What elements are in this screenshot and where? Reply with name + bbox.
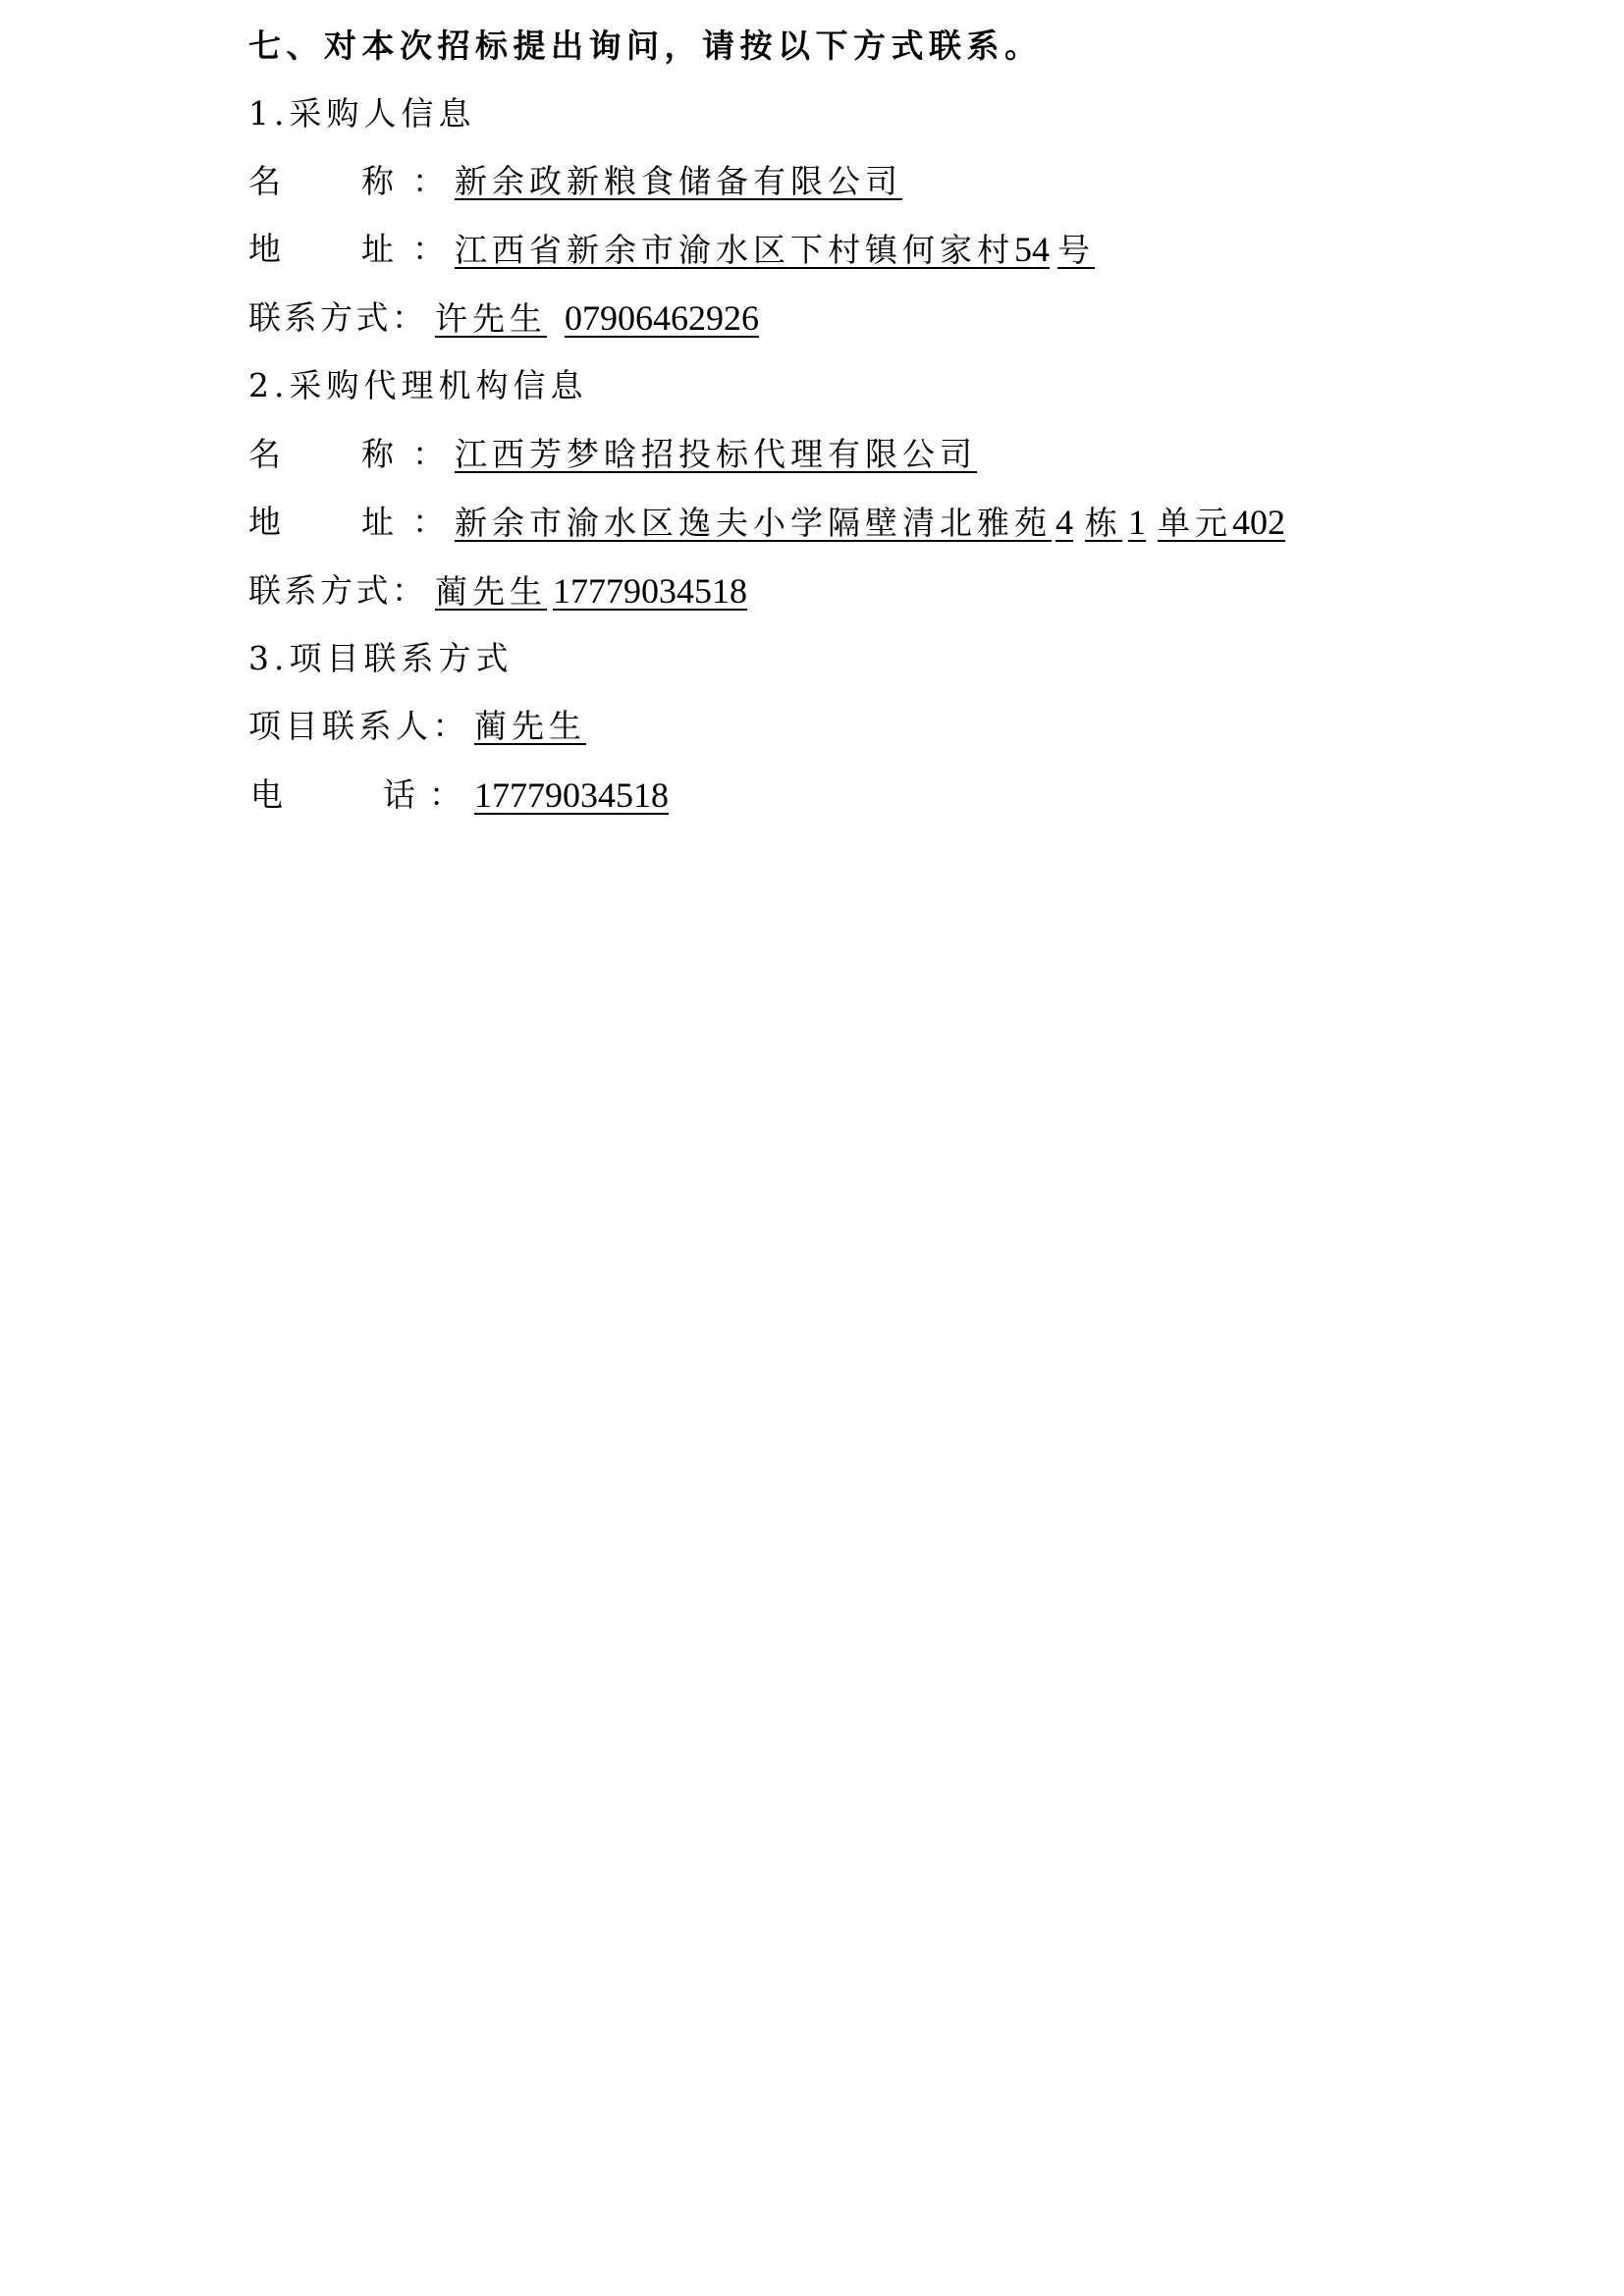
document-page: 七、对本次招标提出询问，请按以下方式联系。 1.采购人信息 名 称 ： 新余政新… — [0, 0, 1624, 2296]
name-label-char-2: 称 — [361, 430, 394, 479]
phone-label-char-1: 电 — [250, 771, 283, 820]
address-label-colon: ： — [412, 498, 445, 547]
purchaser-section-title: 1.采购人信息 — [248, 89, 476, 138]
contact-phone: 07906462926 — [565, 298, 759, 338]
phone-label-colon: ： — [429, 771, 461, 820]
project-person-label: 项目联系人： — [248, 702, 469, 751]
address-label-colon: ： — [412, 225, 445, 274]
agency-name-row: 名 称 ： 江西芳梦晗招投标代理有限公司 — [0, 430, 1624, 479]
section-heading-row: 七、对本次招标提出询问，请按以下方式联系。 — [0, 22, 1624, 71]
agency-section-title: 2.采购代理机构信息 — [248, 361, 588, 410]
purchaser-name-row: 名 称 ： 新余政新粮食储备有限公司 — [0, 157, 1624, 206]
section-heading: 七、对本次招标提出询问，请按以下方式联系。 — [248, 22, 1043, 71]
purchaser-contact-row: 联系方式： 许先生07906462926 — [0, 294, 1624, 343]
address-unit-label: 单元 — [1158, 504, 1232, 542]
address-room-number: 402 — [1232, 503, 1285, 542]
contact-phone: 17779034518 — [553, 571, 747, 611]
project-phone-value: 17779034518 — [474, 771, 669, 820]
name-label-colon: ： — [412, 157, 445, 206]
address-label-char-2: 址 — [361, 498, 394, 547]
agency-name-value: 江西芳梦晗招投标代理有限公司 — [455, 430, 977, 479]
phone-label-char-2: 话 — [383, 771, 415, 820]
purchaser-contact-value: 许先生07906462926 — [435, 294, 785, 344]
purchaser-address-value: 江西省新余市渝水区下村镇何家村54号 — [455, 225, 1095, 275]
project-contact-title-row: 3.项目联系方式 — [0, 634, 1624, 683]
address-unit-number: 1 — [1128, 503, 1146, 542]
project-contact-section-title: 3.项目联系方式 — [248, 634, 514, 683]
purchaser-name-value: 新余政新粮食储备有限公司 — [455, 157, 902, 206]
address-label-char-1: 地 — [248, 498, 281, 547]
name-label-char-1: 名 — [248, 157, 281, 206]
contact-label: 联系方式： — [248, 566, 428, 615]
agency-title-row: 2.采购代理机构信息 — [0, 361, 1624, 410]
address-text: 江西省新余市渝水区下村镇何家村 — [455, 231, 1014, 269]
purchaser-title-row: 1.采购人信息 — [0, 89, 1624, 138]
name-label-char-2: 称 — [361, 157, 394, 206]
address-number: 54 — [1014, 230, 1050, 269]
project-person-value: 蔺先生 — [474, 702, 586, 751]
address-label-char-2: 址 — [361, 225, 394, 274]
name-label-colon: ： — [412, 430, 445, 479]
project-phone-row: 电 话 ： 17779034518 — [0, 771, 1624, 820]
purchaser-address-row: 地 址 ： 江西省新余市渝水区下村镇何家村54号 — [0, 225, 1624, 274]
address-label-char-1: 地 — [248, 225, 281, 274]
name-label-char-1: 名 — [248, 430, 281, 479]
address-building-label: 栋 — [1085, 504, 1122, 542]
agency-contact-value: 蔺先生17779034518 — [435, 566, 747, 616]
contact-person: 许先生 — [435, 299, 547, 338]
address-building-number: 4 — [1056, 503, 1073, 542]
contact-person: 蔺先生 — [435, 572, 547, 611]
agency-address-row: 地 址 ： 新余市渝水区逸夫小学隔壁清北雅苑4栋1单元402 — [0, 498, 1624, 547]
contact-label: 联系方式： — [248, 294, 428, 343]
project-person-row: 项目联系人： 蔺先生 — [0, 702, 1624, 751]
agency-contact-row: 联系方式： 蔺先生17779034518 — [0, 566, 1624, 615]
agency-address-value: 新余市渝水区逸夫小学隔壁清北雅苑4栋1单元402 — [455, 498, 1285, 548]
address-text: 新余市渝水区逸夫小学隔壁清北雅苑 — [455, 504, 1052, 542]
address-suffix: 号 — [1057, 231, 1095, 269]
